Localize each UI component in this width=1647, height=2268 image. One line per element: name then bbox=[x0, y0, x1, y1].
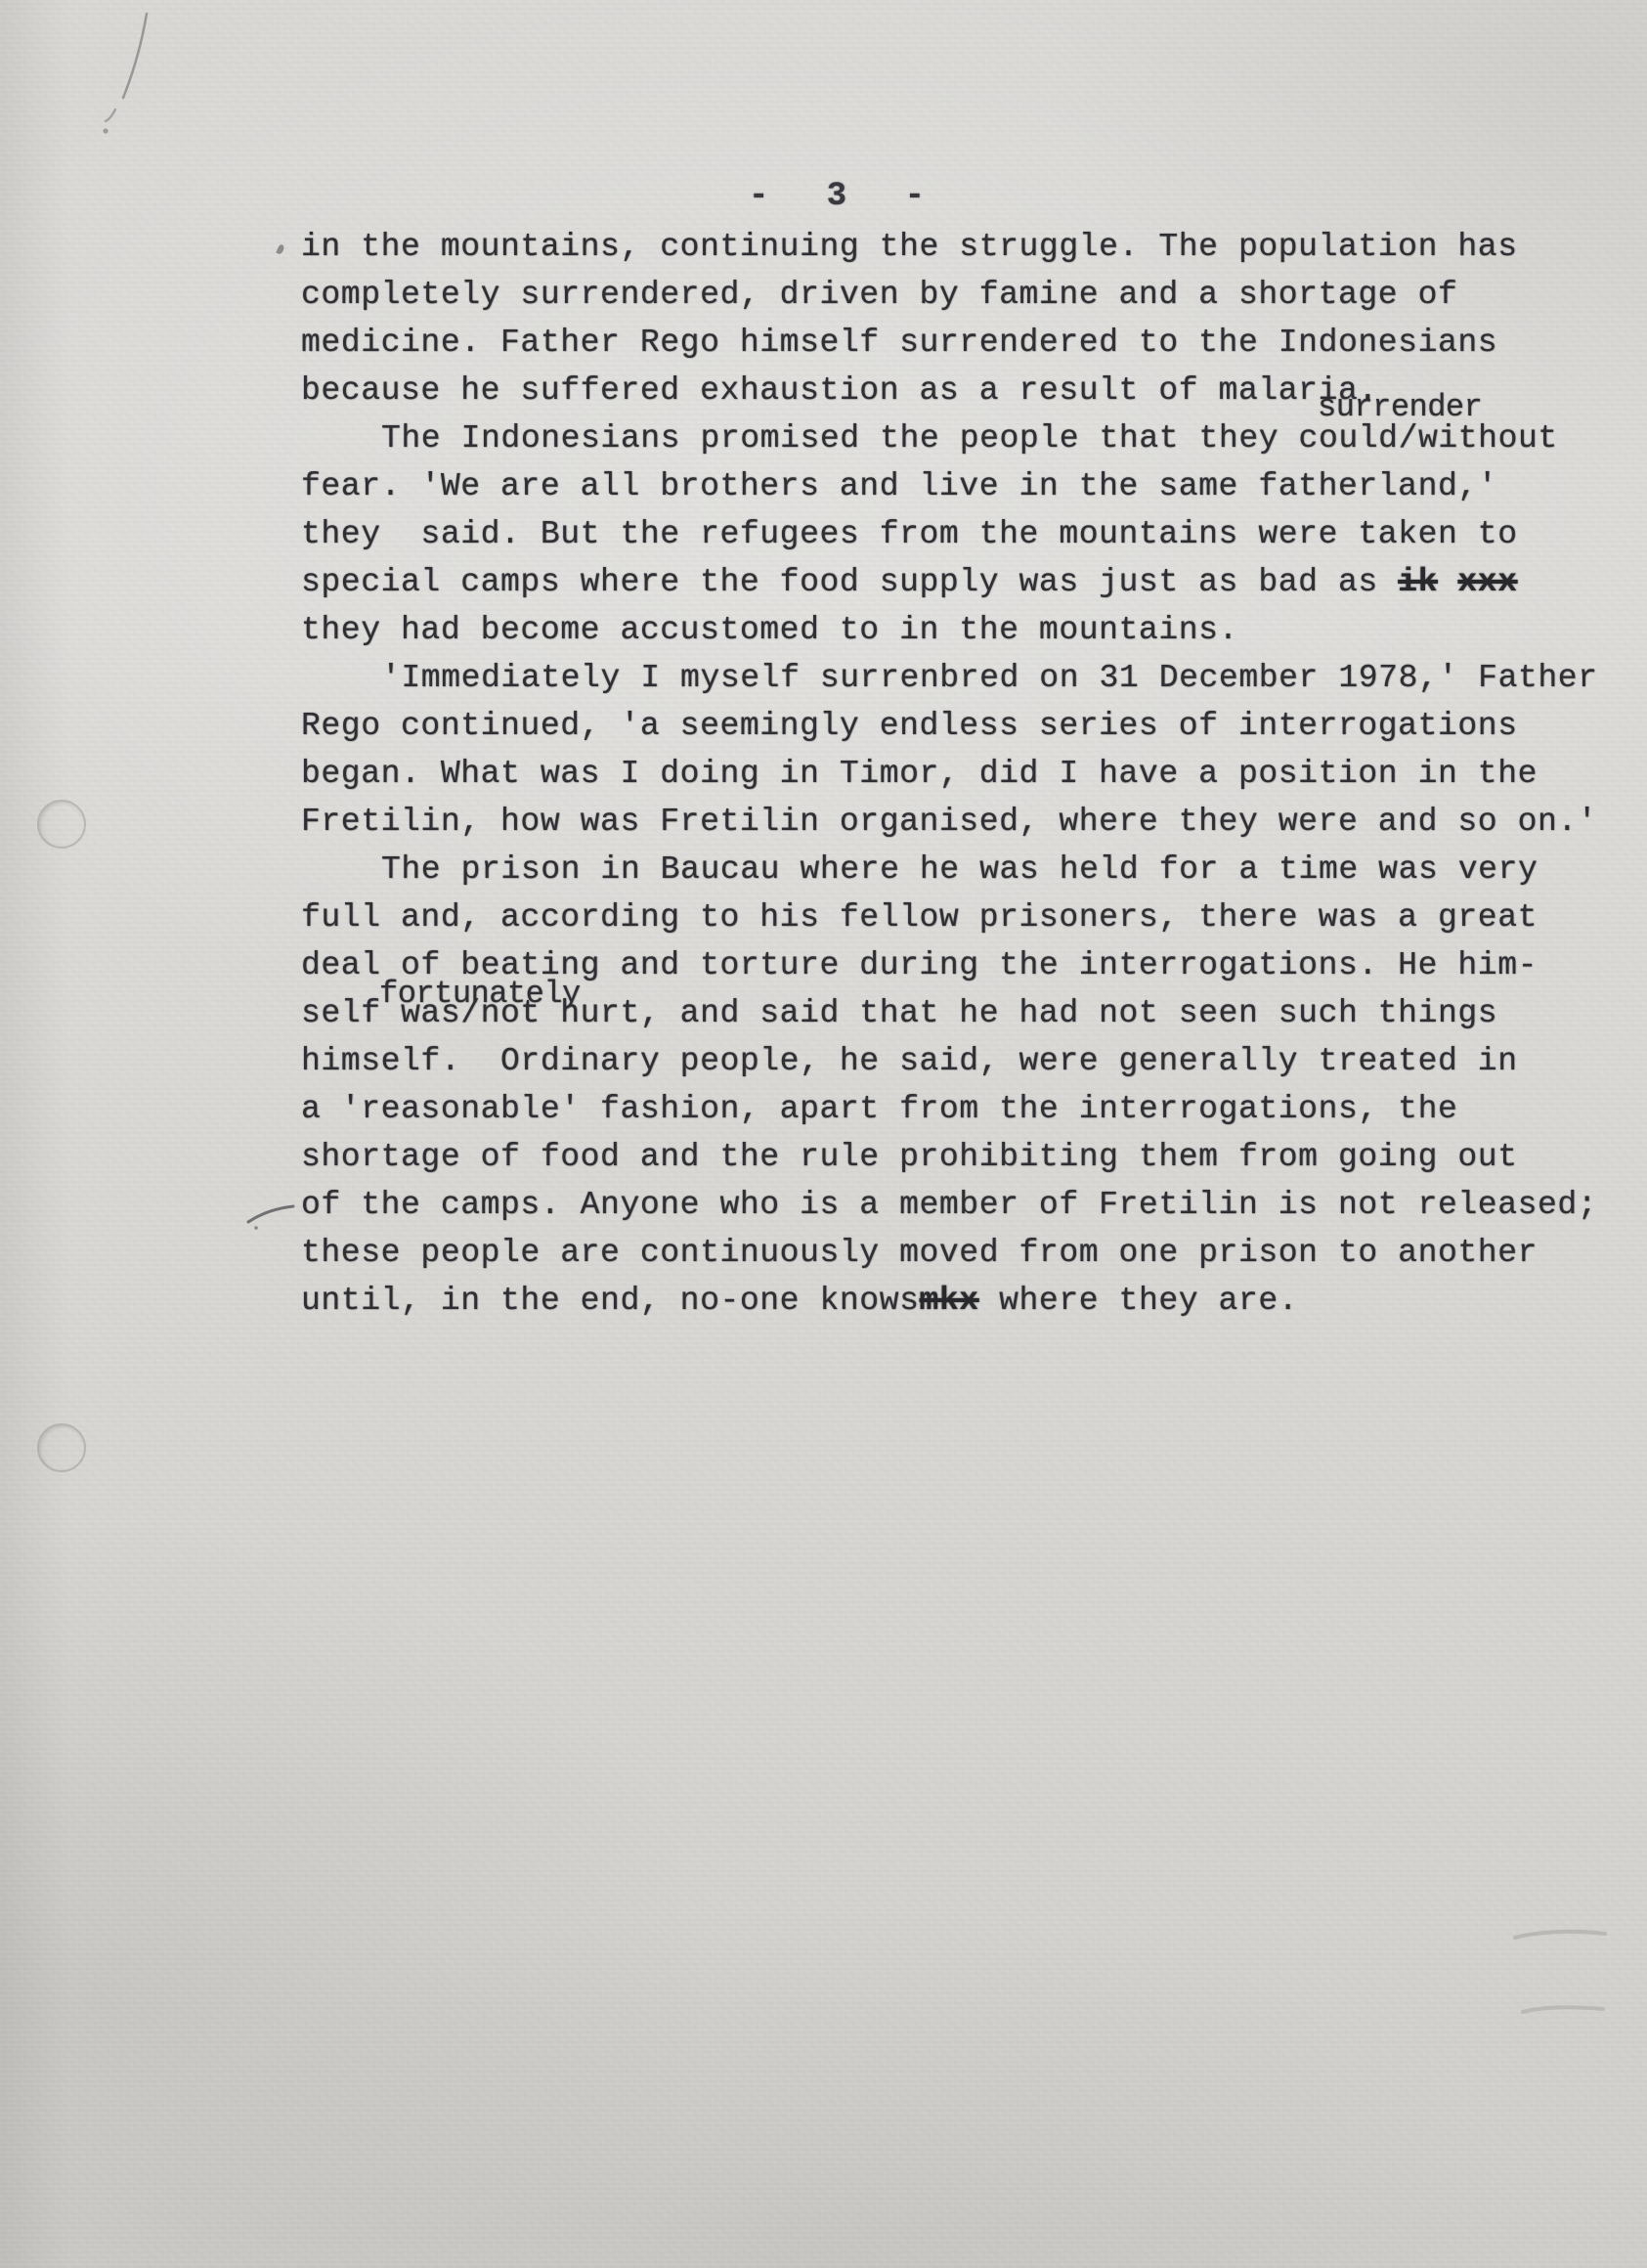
text-line: Rego continued, 'a seemingly endless ser… bbox=[301, 702, 1630, 750]
text-segment: full and, according to his fellow prison… bbox=[301, 899, 1538, 936]
text-line: in the mountains, continuing the struggl… bbox=[301, 223, 1630, 271]
text-segment: special camps where the food supply was … bbox=[301, 564, 1398, 600]
text-line: medicine. Father Rego himself surrendere… bbox=[301, 319, 1630, 367]
page-number: - 3 - bbox=[749, 178, 925, 215]
text-segment: in the mountains, continuing the struggl… bbox=[301, 229, 1518, 265]
scanned-page: - 3 - in the mountains, continuing the s… bbox=[0, 0, 1647, 2268]
text-segment: because he suffered exhaustion as a resu… bbox=[301, 372, 1378, 409]
text-segment: they had become accustomed to in the mou… bbox=[301, 612, 1238, 648]
paragraph: 'Immediately I myself surrenbred on 31 D… bbox=[301, 654, 1630, 846]
text-segment: a 'reasonable' fashion, apart from the i… bbox=[301, 1091, 1457, 1127]
text-segment: these people are continuously moved from… bbox=[301, 1235, 1538, 1271]
inserted-word-fortunately: fortunately bbox=[379, 976, 581, 1012]
text-segment: Fretilin, how was Fretilin organised, wh… bbox=[301, 804, 1597, 840]
faint-scribble-icon bbox=[1505, 1916, 1623, 2053]
text-line: began. What was I doing in Timor, did I … bbox=[301, 750, 1630, 798]
punch-hole bbox=[37, 1423, 86, 1472]
text-line: special camps where the food supply was … bbox=[301, 558, 1630, 606]
text-segment: until, in the end, no-one knows bbox=[301, 1283, 920, 1319]
text-segment: of the camps. Anyone who is a member of … bbox=[301, 1187, 1597, 1223]
struck-text: ik bbox=[1398, 564, 1438, 600]
text-line: they had become accustomed to in the mou… bbox=[301, 606, 1630, 654]
text-segment: The Indonesians promised the people that… bbox=[381, 420, 1558, 457]
text-line: himself. Ordinary people, he said, were … bbox=[301, 1037, 1630, 1085]
text-line: 'Immediately I myself surrenbred on 31 D… bbox=[301, 654, 1630, 702]
text-segment: himself. Ordinary people, he said, were … bbox=[301, 1043, 1518, 1079]
inserted-word-surrender: surrender bbox=[1318, 389, 1482, 425]
text-line: completely surrendered, driven by famine… bbox=[301, 271, 1630, 319]
text-segment bbox=[1438, 564, 1457, 600]
text-line: fear. 'We are all brothers and live in t… bbox=[301, 462, 1630, 510]
pen-tick-mark-icon bbox=[242, 1197, 303, 1234]
text-segment: The prison in Baucau where he was held f… bbox=[381, 851, 1538, 888]
text-line: Fretilin, how was Fretilin organised, wh… bbox=[301, 798, 1630, 846]
text-line: The prison in Baucau where he was held f… bbox=[301, 846, 1630, 894]
text-segment: completely surrendered, driven by famine… bbox=[301, 277, 1457, 313]
punch-hole bbox=[37, 800, 86, 849]
text-line: a 'reasonable' fashion, apart from the i… bbox=[301, 1085, 1630, 1133]
text-line: shortage of food and the rule prohibitin… bbox=[301, 1133, 1630, 1181]
text-segment: where they are. bbox=[979, 1283, 1298, 1319]
text-line: until, in the end, no-one knowsmkx where… bbox=[301, 1277, 1630, 1325]
paragraph: The prison in Baucau where he was held f… bbox=[301, 846, 1630, 1325]
paragraph: The Indonesians promised the people that… bbox=[301, 414, 1630, 654]
text-segment: medicine. Father Rego himself surrendere… bbox=[301, 325, 1497, 361]
handwritten-mark-icon bbox=[86, 8, 194, 145]
text-segment: began. What was I doing in Timor, did I … bbox=[301, 756, 1538, 792]
text-segment: Rego continued, 'a seemingly endless ser… bbox=[301, 708, 1518, 744]
text-segment: they said. But the refugees from the mou… bbox=[301, 516, 1518, 552]
struck-text: xxx bbox=[1457, 564, 1517, 600]
text-line: these people are continuously moved from… bbox=[301, 1229, 1630, 1277]
paragraph: in the mountains, continuing the struggl… bbox=[301, 223, 1630, 414]
text-segment: fear. 'We are all brothers and live in t… bbox=[301, 468, 1497, 504]
text-line: full and, according to his fellow prison… bbox=[301, 894, 1630, 941]
text-line: of the camps. Anyone who is a member of … bbox=[301, 1181, 1630, 1229]
text-line: they said. But the refugees from the mou… bbox=[301, 510, 1630, 558]
text-segment: shortage of food and the rule prohibitin… bbox=[301, 1139, 1518, 1175]
text-segment: 'Immediately I myself surrenbred on 31 D… bbox=[381, 660, 1598, 696]
struck-text: mkx bbox=[920, 1283, 979, 1319]
ink-speck bbox=[276, 243, 284, 255]
